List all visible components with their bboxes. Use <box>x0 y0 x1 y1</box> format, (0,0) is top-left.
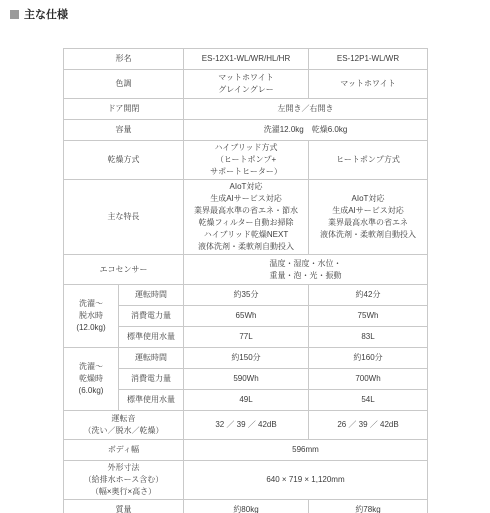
spec-row-noise: 運転音 （洗い／脱水／乾燥） 32 ／ 39 ／ 42dB 26 ／ 39 ／ … <box>64 411 428 440</box>
spec-sublabel: 運転時間 <box>119 348 184 369</box>
section-marker-icon <box>10 10 19 19</box>
spec-label-body-width: ボディ幅 <box>64 440 184 461</box>
spec-sublabel: 標準使用水量 <box>119 390 184 411</box>
spec-row-wash-dry-water: 標準使用水量 49L 54L <box>64 390 428 411</box>
color-x1-line: マットホワイト <box>186 72 306 84</box>
spec-value-door: 左開き／右開き <box>184 99 428 120</box>
spec-value-color-p1: マットホワイト <box>309 70 428 99</box>
spec-value-p1: 700Wh <box>309 369 428 390</box>
spec-row-eco-sensor: エコセンサー 温度・湿度・水位・ 重量・泡・光・振動 <box>64 255 428 285</box>
spec-group-wash-dry: 洗濯～ 乾燥時 (6.0kg) <box>64 348 119 411</box>
features-x1-line: 乾燥フィルター自動お掃除 <box>186 217 306 229</box>
spec-value-weight-x1: 約80kg <box>184 500 309 513</box>
spec-label-door: ドア開閉 <box>64 99 184 120</box>
spec-value-features-p1: AIoT対応 生成AIサービス対応 業界最高水準の省エネ 液体洗剤・柔軟剤自動投… <box>309 180 428 255</box>
spec-label-model: 形名 <box>64 49 184 70</box>
spec-value-x1: 590Wh <box>184 369 309 390</box>
spec-label-noise: 運転音 （洗い／脱水／乾燥） <box>64 411 184 440</box>
spec-value-capacity: 洗濯12.0kg 乾燥6.0kg <box>184 120 428 141</box>
spec-value-model-p1: ES-12P1-WL/WR <box>309 49 428 70</box>
spec-label-eco-sensor: エコセンサー <box>64 255 184 285</box>
wash-spin-label-line: (12.0kg) <box>66 322 116 334</box>
spec-value-p1: 75Wh <box>309 306 428 327</box>
features-x1-line: 生成AIサービス対応 <box>186 193 306 205</box>
spec-value-x1: 77L <box>184 327 309 348</box>
spec-row-wash-dry-power: 消費電力量 590Wh 700Wh <box>64 369 428 390</box>
section-title: 主な仕様 <box>10 6 68 22</box>
spec-value-eco-sensor: 温度・湿度・水位・ 重量・泡・光・振動 <box>184 255 428 285</box>
spec-value-features-x1: AIoT対応 生成AIサービス対応 業界最高水準の省エネ・節水 乾燥フィルター自… <box>184 180 309 255</box>
spec-value-noise-p1: 26 ／ 39 ／ 42dB <box>309 411 428 440</box>
noise-label-line: （洗い／脱水／乾燥） <box>66 425 181 437</box>
spec-value-p1: 約160分 <box>309 348 428 369</box>
features-x1-line: ハイブリッド乾燥NEXT <box>186 229 306 241</box>
features-p1-line: 液体洗剤・柔軟剤自動投入 <box>311 229 425 241</box>
spec-row-wash-spin-time: 洗濯～ 脱水時 (12.0kg) 運転時間 約35分 約42分 <box>64 285 428 306</box>
eco-sensor-line: 重量・泡・光・振動 <box>186 270 425 282</box>
spec-value-x1: 約150分 <box>184 348 309 369</box>
spec-value-p1: 83L <box>309 327 428 348</box>
spec-label-dimensions: 外形寸法 （給排水ホース含む） （幅×奥行×高さ） <box>64 461 184 500</box>
spec-row-door: ドア開閉 左開き／右開き <box>64 99 428 120</box>
spec-sublabel: 運転時間 <box>119 285 184 306</box>
spec-label-features: 主な特長 <box>64 180 184 255</box>
spec-sublabel: 消費電力量 <box>119 306 184 327</box>
spec-value-x1: 約35分 <box>184 285 309 306</box>
spec-sublabel: 消費電力量 <box>119 369 184 390</box>
spec-row-weight: 質量 約80kg 約78kg <box>64 500 428 513</box>
noise-label-line: 運転音 <box>66 413 181 425</box>
spec-value-model-x1: ES-12X1-WL/WR/HL/HR <box>184 49 309 70</box>
wash-dry-label-line: (6.0kg) <box>66 385 116 397</box>
spec-value-body-width: 596mm <box>184 440 428 461</box>
spec-row-color: 色調 マットホワイト グレイングレー マットホワイト <box>64 70 428 99</box>
drying-x1-line: サポートヒーター） <box>186 166 306 178</box>
spec-row-body-width: ボディ幅 596mm <box>64 440 428 461</box>
spec-label-color: 色調 <box>64 70 184 99</box>
spec-value-drying-p1: ヒートポンプ方式 <box>309 141 428 180</box>
spec-value-x1: 49L <box>184 390 309 411</box>
spec-label-capacity: 容量 <box>64 120 184 141</box>
section-title-text: 主な仕様 <box>24 6 68 22</box>
spec-group-wash-spin: 洗濯～ 脱水時 (12.0kg) <box>64 285 119 348</box>
wash-spin-label-line: 洗濯～ <box>66 298 116 310</box>
dimensions-label-line: （給排水ホース含む） <box>66 474 181 486</box>
spec-value-dimensions: 640 × 719 × 1,120mm <box>184 461 428 500</box>
features-p1-line: 業界最高水準の省エネ <box>311 217 425 229</box>
spec-row-features: 主な特長 AIoT対応 生成AIサービス対応 業界最高水準の省エネ・節水 乾燥フ… <box>64 180 428 255</box>
spec-row-drying: 乾燥方式 ハイブリッド方式 （ヒートポンプ+ サポートヒーター） ヒートポンプ方… <box>64 141 428 180</box>
spec-value-drying-x1: ハイブリッド方式 （ヒートポンプ+ サポートヒーター） <box>184 141 309 180</box>
spec-value-weight-p1: 約78kg <box>309 500 428 513</box>
spec-label-drying: 乾燥方式 <box>64 141 184 180</box>
spec-value-noise-x1: 32 ／ 39 ／ 42dB <box>184 411 309 440</box>
drying-x1-line: ハイブリッド方式 <box>186 142 306 154</box>
spec-value-x1: 65Wh <box>184 306 309 327</box>
spec-row-capacity: 容量 洗濯12.0kg 乾燥6.0kg <box>64 120 428 141</box>
features-p1-line: 生成AIサービス対応 <box>311 205 425 217</box>
features-p1-line: AIoT対応 <box>311 193 425 205</box>
spec-row-wash-spin-power: 消費電力量 65Wh 75Wh <box>64 306 428 327</box>
features-x1-line: AIoT対応 <box>186 181 306 193</box>
color-x1-line: グレイングレー <box>186 84 306 96</box>
spec-value-color-x1: マットホワイト グレイングレー <box>184 70 309 99</box>
features-x1-line: 業界最高水準の省エネ・節水 <box>186 205 306 217</box>
wash-dry-label-line: 乾燥時 <box>66 373 116 385</box>
spec-sublabel: 標準使用水量 <box>119 327 184 348</box>
drying-x1-line: （ヒートポンプ+ <box>186 154 306 166</box>
spec-table: 形名 ES-12X1-WL/WR/HL/HR ES-12P1-WL/WR 色調 … <box>63 48 428 513</box>
features-x1-line: 液体洗剤・柔軟剤自動投入 <box>186 241 306 253</box>
spec-row-wash-dry-time: 洗濯～ 乾燥時 (6.0kg) 運転時間 約150分 約160分 <box>64 348 428 369</box>
wash-dry-label-line: 洗濯～ <box>66 361 116 373</box>
wash-spin-label-line: 脱水時 <box>66 310 116 322</box>
spec-row-model: 形名 ES-12X1-WL/WR/HL/HR ES-12P1-WL/WR <box>64 49 428 70</box>
eco-sensor-line: 温度・湿度・水位・ <box>186 258 425 270</box>
spec-value-p1: 54L <box>309 390 428 411</box>
spec-row-dimensions: 外形寸法 （給排水ホース含む） （幅×奥行×高さ） 640 × 719 × 1,… <box>64 461 428 500</box>
dimensions-label-line: （幅×奥行×高さ） <box>66 486 181 498</box>
spec-value-p1: 約42分 <box>309 285 428 306</box>
dimensions-label-line: 外形寸法 <box>66 462 181 474</box>
spec-row-wash-spin-water: 標準使用水量 77L 83L <box>64 327 428 348</box>
spec-label-weight: 質量 <box>64 500 184 513</box>
